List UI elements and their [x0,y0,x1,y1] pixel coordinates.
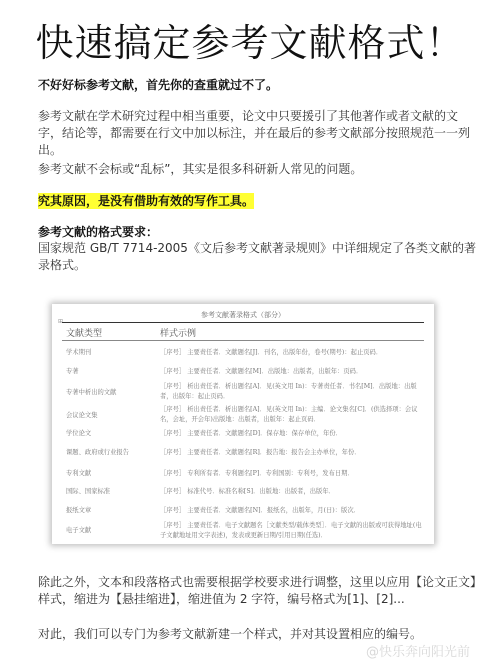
table-header-example: 样式示例 [160,326,196,339]
row-type: 学术期刊 [66,348,156,358]
table-header-rule [62,340,424,341]
highlighted-sentence: 究其原因，是没有借助有效的写作工具。 [38,193,254,209]
row-type: 报纸文章 [66,506,156,516]
format-heading: 参考文献的格式要求： [38,224,478,241]
row-example: ［序号］ 析出责任者．析出题名[A]．见(英文用 In)：专著责任者．书名[M]… [160,382,422,402]
row-example: ［序号］ 主要责任者．文献题名[M]．出版地：出版者，出版年：页码． [160,367,422,377]
row-type: 专著 [66,367,156,377]
row-type: 学位论文 [66,429,156,439]
row-type: 专著中析出的文献 [66,388,156,398]
row-example: ［序号］ 析出责任者．析出题名[A]．见(英文用 In)：主编．论文集名[C]．… [160,405,422,425]
embedded-table-screenshot: 参考文献著录格式（部分） ⊞ 文献类型 样式示例 学术期刊 ［序号］ 主要责任者… [52,304,434,544]
row-type: 会议论文集 [66,411,156,421]
row-example: ［序号］ 主要责任者．文献题名[N]．报纸名，出版年，月(日)：版次． [160,506,422,516]
page-title: 快速搞定参考文献格式！ [0,12,500,67]
row-example: ［序号］ 主要责任者．文献题名[D]．保存地：保存单位，年份． [160,429,422,439]
row-example: ［序号］ 专利所有者．专利题名[P]．专利国别：专利号，发布日期． [160,469,422,479]
watermark: @快乐奔向阳光前 [366,641,470,660]
row-type: 课题、政府或行业报告 [66,448,156,458]
lead-paragraph: 不好好标参考文献，首先你的查重就过不了。 [38,77,478,94]
row-type: 专利文献 [66,469,156,479]
row-example: ［序号］ 主要责任者．文献题名[J]．刊名，出版年份，卷号(期号)：起止页码． [160,348,422,358]
intro-paragraph: 参考文献在学术研究过程中相当重要，论文中只要援引了其他著作或者文献的文字，结论等… [38,108,478,159]
row-example: ［序号］ 主要责任者．文献题名[R]．报告地：报告会主办单位，年份． [160,448,422,458]
row-type: 电子文献 [66,526,156,536]
table-top-rule [62,322,424,323]
intro-paragraph-2: 参考文献不会标或“乱标”，其实是很多科研新人常见的问题。 [38,161,478,178]
table-header-type: 文献类型 [66,326,102,339]
table-caption: 参考文献著录格式（部分） [52,310,434,320]
format-body: 国家规范 GB/T 7714-2005《文后参考文献著录规则》中详细规定了各类文… [38,240,478,274]
row-type: 国际、国家标准 [66,487,156,497]
outro-paragraph: 除此之外，文本和段落格式也需要根据学校要求进行调整，这里以应用【论文正文】样式，… [38,574,478,608]
row-example: ［序号］ 标准代号．标准名称[S]．出版地：出版者，出版年． [160,487,422,497]
row-example: ［序号］ 主要责任者．电子文献题名［文献类型/载体类型］．电子文献的出版或可获得… [160,521,422,541]
